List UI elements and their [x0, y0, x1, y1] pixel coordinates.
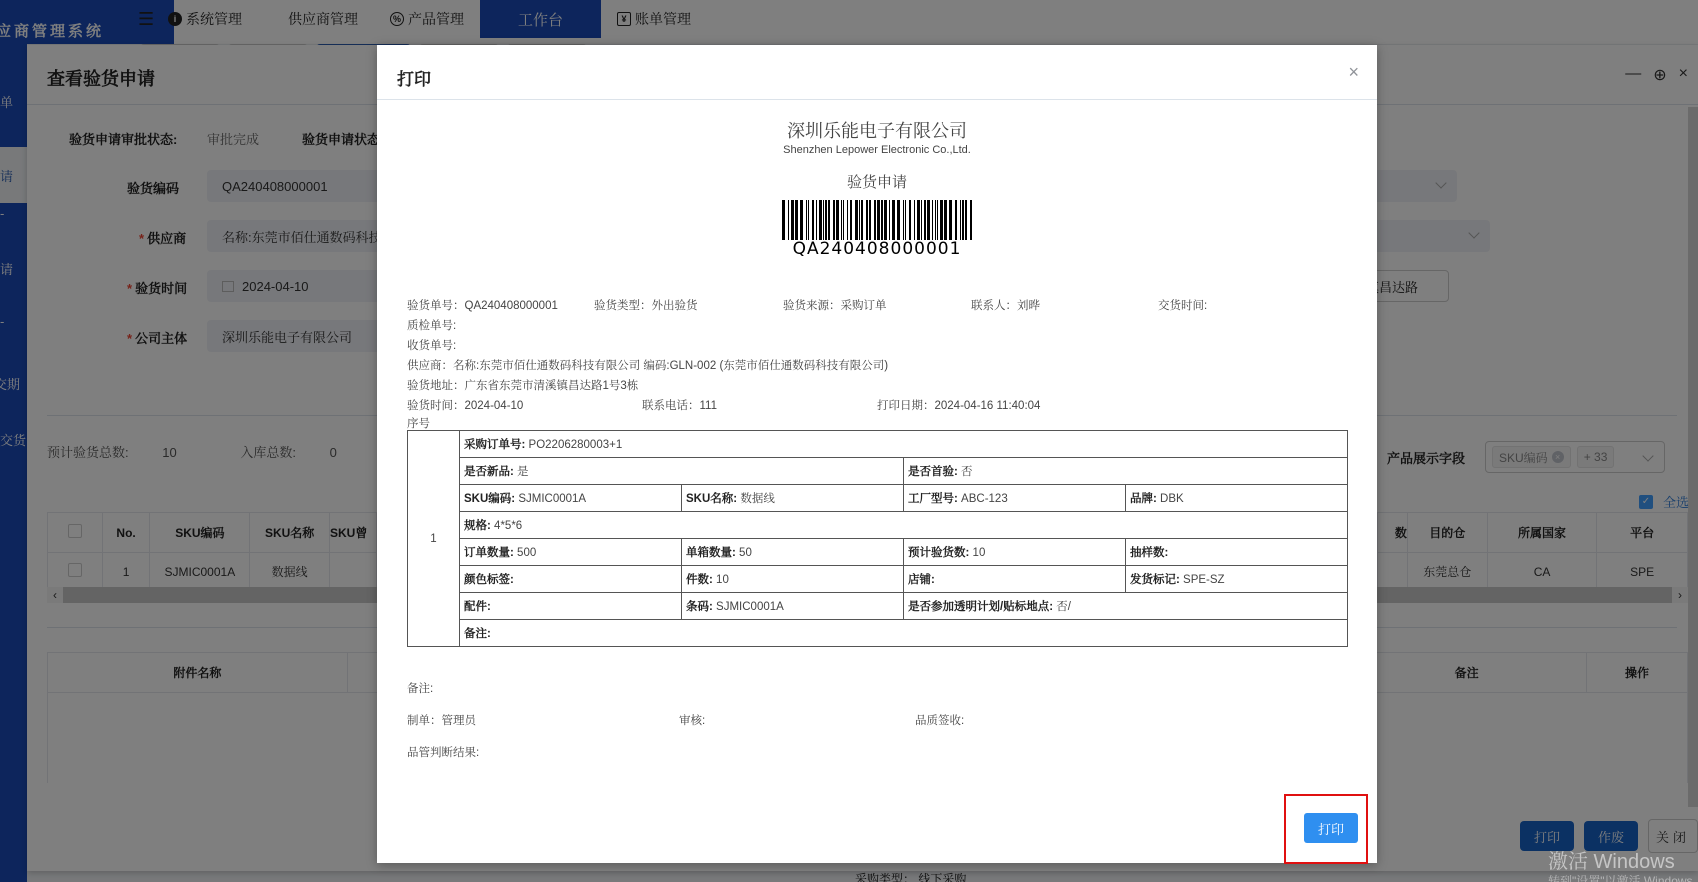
cell-barcode: 条码: SJMIC0001A: [682, 593, 904, 620]
info-inspection-time: 验货时间：2024-04-10: [407, 397, 523, 413]
value: DBK: [1160, 493, 1184, 505]
label: 备注:: [464, 628, 491, 640]
label: 品牌:: [1130, 493, 1157, 505]
info-supplier: 供应商：名称:东莞市佰仕通数码科技有限公司 编码:GLN-002 (东莞市佰仕通…: [407, 357, 888, 373]
print-dialog: 打印 × 深圳乐能电子有限公司 Shenzhen Lepower Electro…: [377, 45, 1377, 863]
label: SKU编码:: [464, 493, 515, 505]
value: 数据线: [740, 493, 775, 505]
cell-box-qty: 单箱数量: 50: [682, 539, 904, 566]
value: 50: [739, 547, 752, 559]
footer-quality-sign: 品质签收:: [915, 712, 964, 728]
info-print-date: 打印日期：2024-04-16 11:40:04: [877, 397, 1040, 413]
table-row: 配件: 条码: SJMIC0001A 是否参加透明计划/贴标地点: 否/: [408, 593, 1348, 620]
cell-ship-mark: 发货标记: SPE-SZ: [1126, 566, 1348, 593]
table-row: 是否新品: 是 是否首验: 否: [408, 458, 1348, 485]
table-row: 备注:: [408, 620, 1348, 647]
label: 是否新品:: [464, 466, 514, 478]
windows-watermark-sub: 转到"设置"以激活 Windows: [1548, 872, 1693, 882]
company-name-cn: 深圳乐能电子有限公司: [377, 117, 1377, 143]
cell-sku-code: SKU编码: SJMIC0001A: [460, 485, 682, 512]
cell-brand: 品牌: DBK: [1126, 485, 1348, 512]
info-inspection-type: 验货类型：外出验货: [594, 297, 698, 313]
info-receipt-no: 收货单号:: [407, 337, 456, 353]
label: 件数:: [686, 574, 713, 586]
value: PO2206280003+1: [529, 439, 623, 451]
value: 4*5*6: [494, 520, 522, 532]
barcode-text: QA240408000001: [377, 239, 1377, 259]
screen: 应商管理系统 ☰ i系统管理 供应商管理 %产品管理 工作台 ¥账单管理 单 请…: [0, 0, 1698, 882]
label: 订单数量:: [464, 547, 514, 559]
cell-po: 采购订单号: PO2206280003+1: [460, 431, 1348, 458]
info-delivery-time: 交货时间:: [1158, 297, 1207, 313]
table-row: 订单数量: 500 单箱数量: 50 预计验货数: 10 抽样数:: [408, 539, 1348, 566]
value: 是: [517, 466, 529, 478]
cell-spec: 规格: 4*5*6: [460, 512, 1348, 539]
value: 500: [517, 547, 536, 559]
windows-watermark: 激活 Windows: [1548, 845, 1675, 874]
label: 条码:: [686, 601, 713, 613]
label: 是否参加透明计划/贴标地点:: [908, 601, 1053, 613]
value: 10: [716, 574, 729, 586]
cell-pieces: 件数: 10: [682, 566, 904, 593]
cell-expected: 预计验货数: 10: [904, 539, 1126, 566]
company-name-en: Shenzhen Lepower Electronic Co.,Ltd.: [377, 144, 1377, 156]
label: 配件:: [464, 601, 491, 613]
inspection-item-table: 1 采购订单号: PO2206280003+1 是否新品: 是 是否首验: 否 …: [407, 430, 1348, 647]
cell-is-new: 是否新品: 是: [460, 458, 904, 485]
info-contact: 联系人：刘晔: [971, 297, 1040, 313]
cell-remark: 备注:: [460, 620, 1348, 647]
dialog-title: 打印: [397, 65, 431, 90]
table-row: 规格: 4*5*6: [408, 512, 1348, 539]
cell-sample: 抽样数:: [1126, 539, 1348, 566]
value: 否: [961, 466, 973, 478]
info-inspection-no: 验货单号：QA240408000001: [407, 297, 558, 313]
label: 是否首验:: [908, 466, 958, 478]
footer-qc-result: 品管判断结果:: [407, 744, 479, 760]
cell-color-label: 颜色标签:: [460, 566, 682, 593]
barcode-image: [782, 200, 974, 240]
info-phone: 联系电话：111: [642, 397, 717, 413]
label: 抽样数:: [1130, 547, 1168, 559]
value: SJMIC0001A: [716, 601, 784, 613]
table-row: 1 采购订单号: PO2206280003+1: [408, 431, 1348, 458]
print-button[interactable]: 打印: [1304, 813, 1358, 843]
cell-first-inspection: 是否首验: 否: [904, 458, 1348, 485]
close-icon[interactable]: ×: [1348, 63, 1359, 81]
label: 工厂型号:: [908, 493, 958, 505]
value: SJMIC0001A: [518, 493, 586, 505]
label: 颜色标签:: [464, 574, 514, 586]
label: 规格:: [464, 520, 491, 532]
label: 店铺:: [908, 574, 935, 586]
info-address: 验货地址：广东省东莞市清溪镇昌达路1号3栋: [407, 377, 638, 393]
info-qc-no: 质检单号:: [407, 317, 456, 333]
label: 预计验货数:: [908, 547, 969, 559]
cell-accessory: 配件:: [460, 593, 682, 620]
cell-order-qty: 订单数量: 500: [460, 539, 682, 566]
table-row: SKU编码: SJMIC0001A SKU名称: 数据线 工厂型号: ABC-1…: [408, 485, 1348, 512]
value: 否/: [1056, 601, 1071, 613]
highlight-box: 打印: [1284, 794, 1368, 864]
cell-shop: 店铺:: [904, 566, 1126, 593]
info-inspection-source: 验货来源：采购订单: [783, 297, 887, 313]
value: 10: [973, 547, 986, 559]
label: 单箱数量:: [686, 547, 736, 559]
info-seq-label: 序号: [407, 415, 430, 431]
label: 发货标记:: [1130, 574, 1180, 586]
footer-reviewer: 审核:: [679, 712, 705, 728]
cell-sku-name: SKU名称: 数据线: [682, 485, 904, 512]
cell-factory-model: 工厂型号: ABC-123: [904, 485, 1126, 512]
label: 采购订单号:: [464, 439, 525, 451]
document-title: 验货申请: [377, 171, 1377, 192]
dialog-header: 打印 ×: [377, 45, 1377, 100]
value: ABC-123: [961, 493, 1008, 505]
row-index: 1: [408, 431, 460, 647]
table-row: 颜色标签: 件数: 10 店铺: 发货标记: SPE-SZ: [408, 566, 1348, 593]
label: SKU名称:: [686, 493, 737, 505]
footer-maker: 制单：管理员: [407, 712, 476, 728]
value: SPE-SZ: [1183, 574, 1225, 586]
footer-remark: 备注:: [407, 680, 433, 696]
cell-transparent: 是否参加透明计划/贴标地点: 否/: [904, 593, 1348, 620]
